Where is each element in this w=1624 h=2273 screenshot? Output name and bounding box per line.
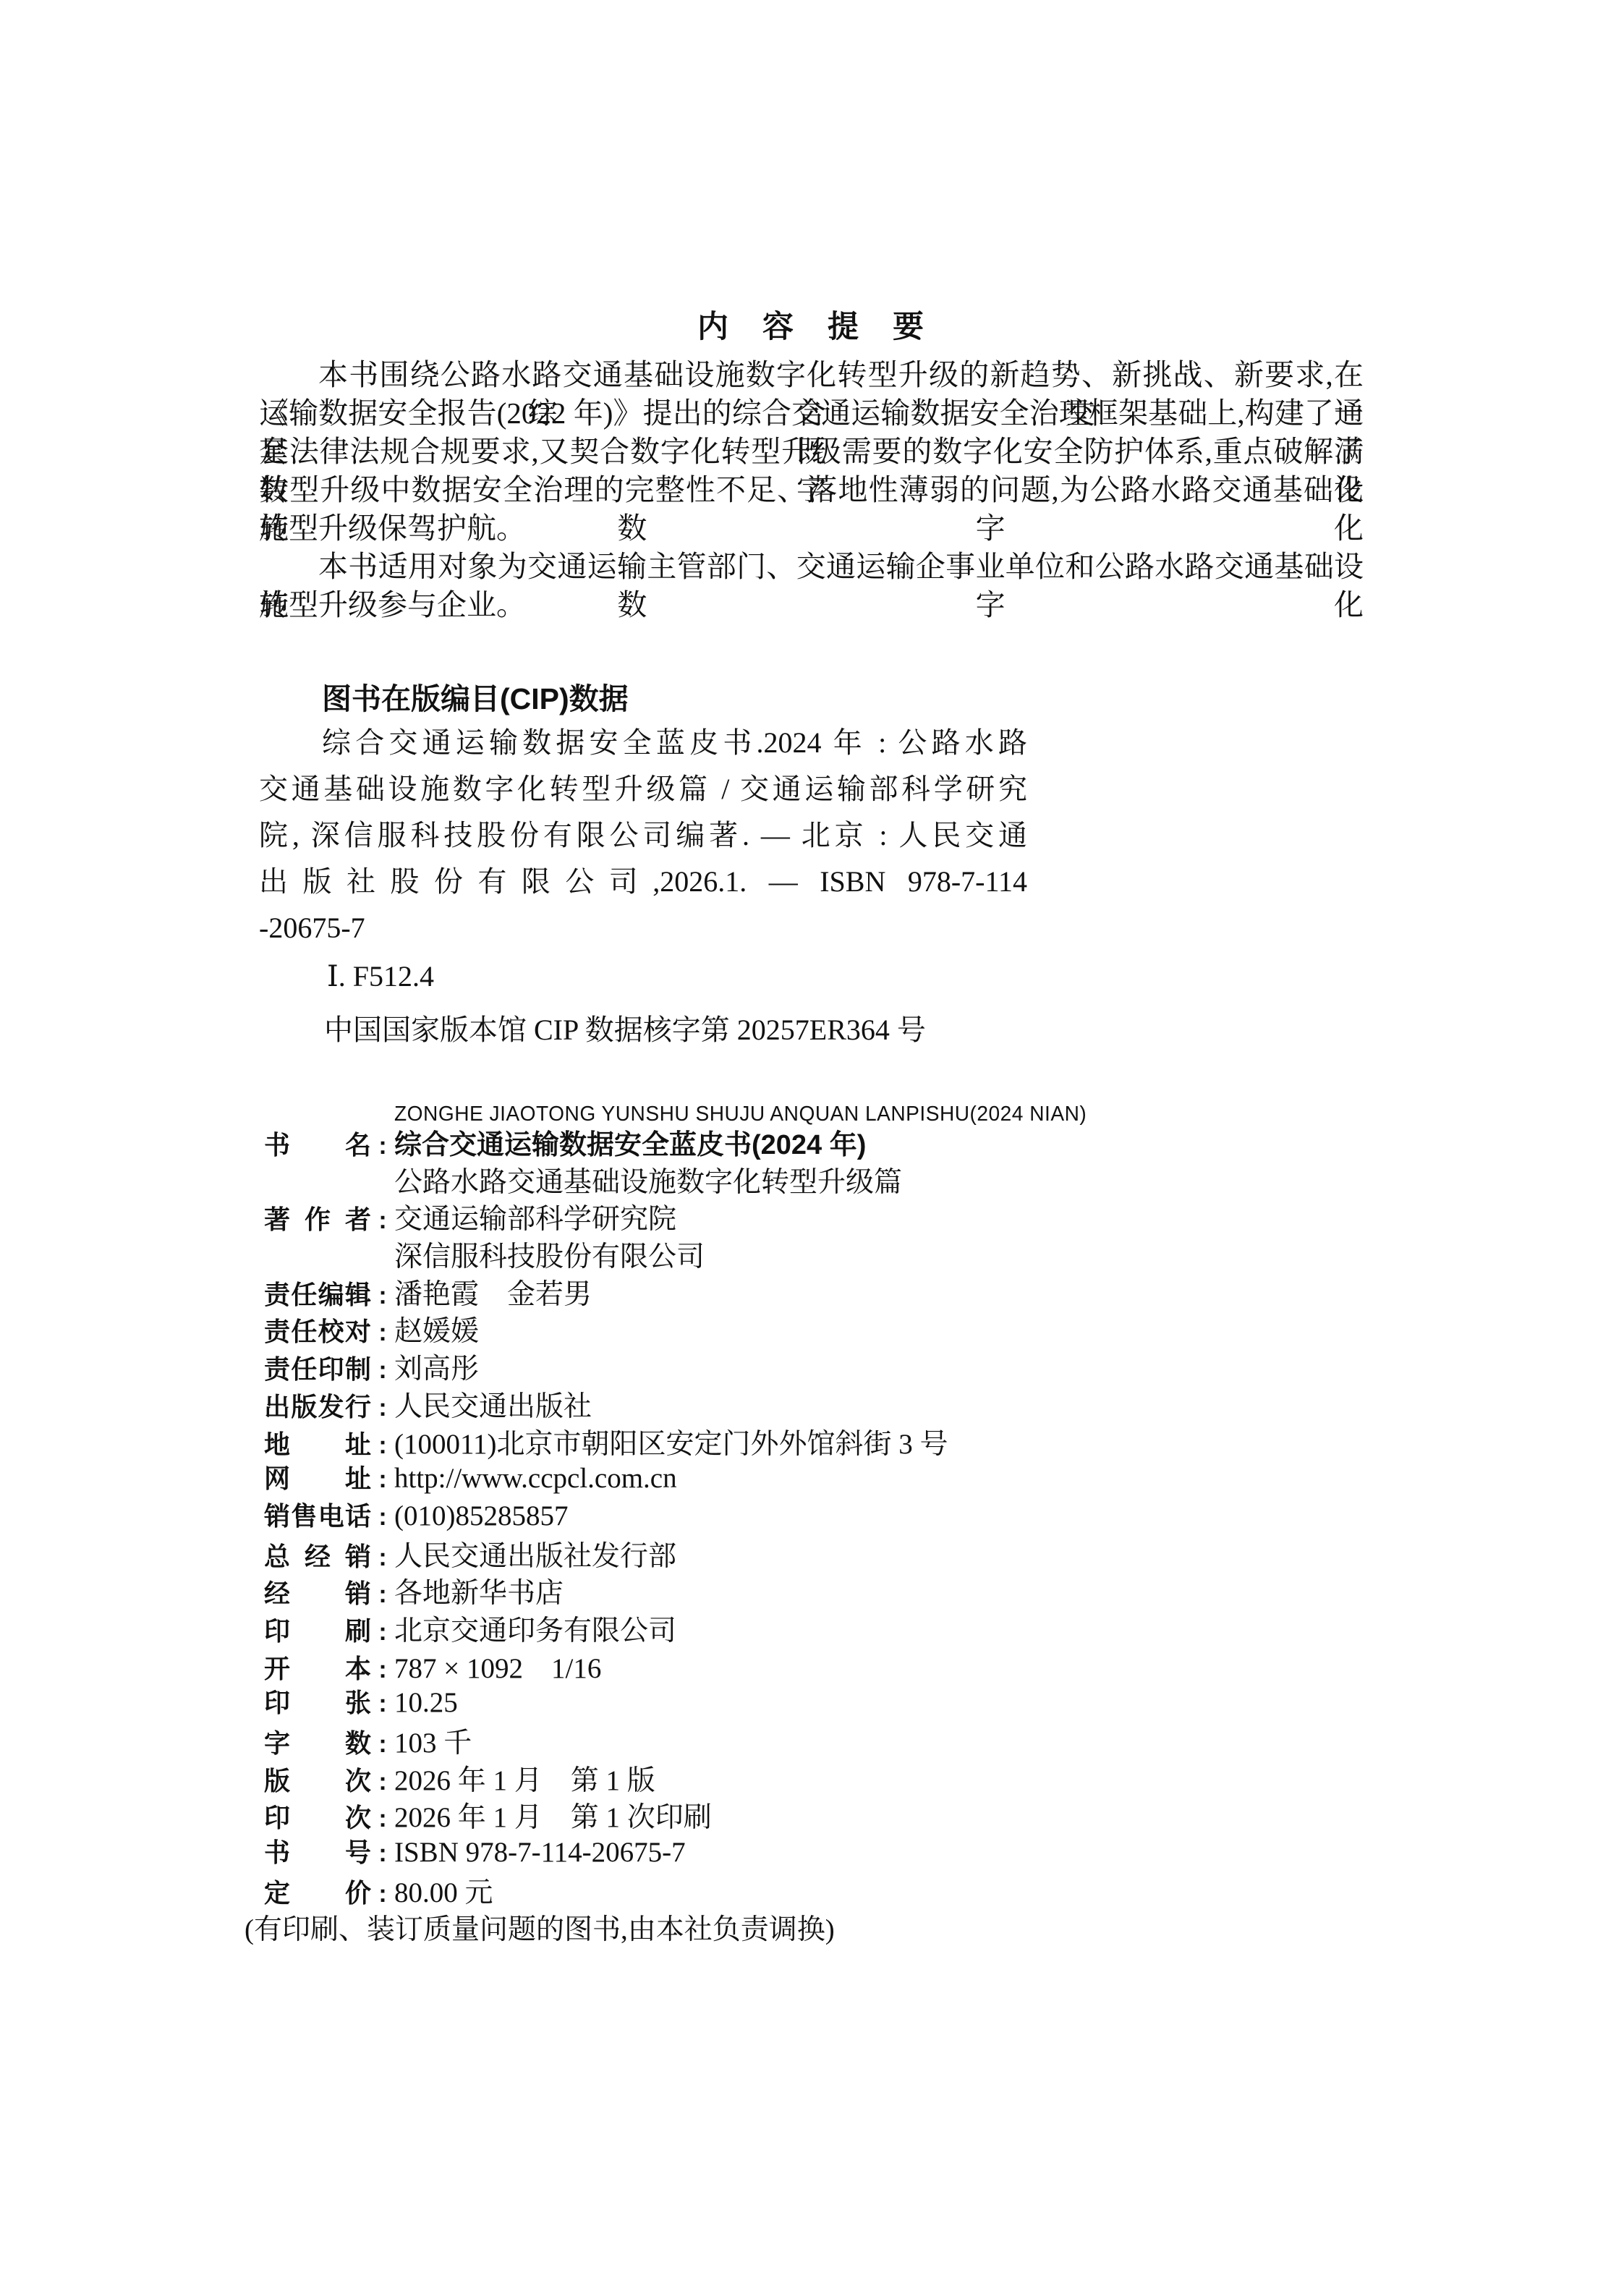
row-label: 版次 [264,1761,371,1798]
colophon-row-sales-phone: 销售电话:(010)85285857 [264,1496,1494,1534]
row-value: 80.00 元 [394,1870,493,1911]
row-value: 10.25 [394,1686,458,1719]
row-colon: : [371,1466,394,1494]
row-label: 地址 [264,1424,371,1461]
row-value: 人民交通出版社发行部 [394,1534,676,1574]
colophon-row-general-distributor: 总经销:人民交通出版社发行部 [264,1534,1494,1571]
summary-line: 运输数据安全报告(2022 年)》提出的综合交通运输数据安全治理框架基础上,构建… [259,394,1364,433]
row-label: 销售电话 [264,1496,371,1533]
colophon-row-website: 网址:http://www.ccpcl.com.cn [264,1458,1494,1496]
colophon-row-print-supervisor: 责任印制:刘高彤 [264,1346,1494,1384]
row-label: 印次 [264,1798,371,1835]
colophon-row-isbn: 书号:ISBN 978-7-114-20675-7 [264,1832,1494,1870]
colophon-row-word-count: 字数:103 千 [264,1720,1494,1758]
row-label: 责任编辑 [264,1275,371,1312]
row-value: 交通运输部科学研究院 [394,1197,676,1237]
colophon-row-format: 开本:787 × 1092 1/16 [264,1646,1494,1683]
cip-line: 综合交通运输数据安全蓝皮书.2024 年 : 公路水路 [259,720,1027,766]
colophon-row-edition: 版次:2026 年 1 月 第 1 版 [264,1758,1494,1796]
cip-line: 出版社股份有限公司,2026.1. — ISBN 978-7-114 [259,859,1027,905]
row-label: 字数 [264,1723,371,1760]
imprint-list: 书名:综合交通运输数据安全蓝皮书(2024 年) 公路水路交通基础设施数字化转型… [264,1122,1494,1945]
row-colon: : [371,1656,394,1684]
cip-line: 院, 深信服科技股份有限公司编著. — 北京 : 人民交通 [259,812,1027,859]
summary-line: 本书围绕公路水路交通基础设施数字化转型升级的新趋势、新挑战、新要求,在《综合交通 [259,356,1364,394]
colophon-row-publisher: 出版发行:人民交通出版社 [264,1384,1494,1422]
row-value: http://www.ccpcl.com.cn [394,1462,677,1495]
row-colon: : [371,1207,394,1235]
row-value: ISBN 978-7-114-20675-7 [394,1836,686,1869]
colophon-row-book-title: 书名:综合交通运输数据安全蓝皮书(2024 年) [264,1122,1494,1160]
row-value: (100011)北京市朝阳区安定门外外馆斜街 3 号 [394,1422,948,1462]
cip-classification: Ⅰ. F512.4 [327,959,434,993]
row-colon: : [371,1618,394,1647]
quality-exchange-note: (有印刷、装订质量问题的图书,由本社负责调换) [245,1907,1494,1945]
summary-line: 本书适用对象为交通运输主管部门、交通运输企事业单位和公路水路交通基础设施数字化 [259,548,1364,586]
row-label: 总经销 [264,1537,371,1573]
row-value: 公路水路交通基础设施数字化转型升级篇 [394,1160,902,1200]
content-summary-title: 内 容 提 要 [259,302,1364,347]
row-label: 书名 [264,1125,371,1162]
row-value: 深信服科技股份有限公司 [394,1234,705,1275]
summary-line: 转型升级中数据安全治理的完整性不足、落地性薄弱的问题,为公路水路交通基础设施数字… [259,471,1364,509]
colophon-row-printer: 印刷:北京交通印务有限公司 [264,1608,1494,1646]
row-value: (010)85285857 [394,1500,568,1532]
copyright-page: { "page": { "background": "#ffffff", "te… [0,0,1624,2273]
row-value: 103 千 [394,1720,472,1761]
colophon-row-proofreader: 责任校对:赵媛媛 [264,1309,1494,1346]
row-label: 责任校对 [264,1312,371,1348]
row-value: 各地新华书店 [394,1571,564,1611]
row-label: 印刷 [264,1611,371,1648]
colophon-row-authors-line2: 深信服科技股份有限公司 [264,1234,1494,1272]
colophon-row-address: 地址:(100011)北京市朝阳区安定门外外馆斜街 3 号 [264,1422,1494,1459]
cip-header: 图书在版编目(CIP)数据 [322,675,629,718]
colophon-row-price: 定价:80.00 元 [264,1870,1494,1908]
row-label: 书号 [264,1832,371,1869]
row-colon: : [371,1730,394,1759]
row-value: 综合交通运输数据安全蓝皮书(2024 年) [394,1122,866,1162]
row-colon: : [371,1356,394,1385]
row-colon: : [371,1768,394,1796]
row-value: 2026 年 1 月 第 1 版 [394,1758,655,1798]
row-value: 赵媛媛 [394,1309,479,1349]
row-value: 2026 年 1 月 第 1 次印刷 [394,1795,712,1835]
row-colon: : [371,1394,394,1422]
row-value: 北京交通印务有限公司 [394,1608,676,1649]
summary-line: 足法律法规合规要求,又契合数字化转型升级需要的数字化安全防护体系,重点破解了数字… [259,433,1364,471]
cip-line: 交通基础设施数字化转型升级篇 / 交通运输部科学研究 [259,766,1027,812]
row-label: 印张 [264,1683,371,1720]
row-colon: : [371,1319,394,1347]
cip-data-block: 综合交通运输数据安全蓝皮书.2024 年 : 公路水路 交通基础设施数字化转型升… [259,720,1027,951]
colophon-row-authors: 著作者:交通运输部科学研究院 [264,1197,1494,1234]
row-value: 潘艳霞 金若男 [394,1272,592,1312]
row-label: 定价 [264,1873,371,1910]
colophon-row-printing: 印次:2026 年 1 月 第 1 次印刷 [264,1795,1494,1832]
row-colon: : [371,1544,394,1572]
row-label: 经销 [264,1573,371,1610]
row-colon: : [371,1432,394,1460]
row-value: 787 × 1092 1/16 [394,1646,601,1686]
cip-record-number: 中国国家版本馆 CIP 数据核字第 20257ER364 号 [324,1007,926,1048]
colophon-row-distributor: 经销:各地新华书店 [264,1571,1494,1608]
row-label: 责任印制 [264,1349,371,1386]
colophon-row-book-title-line2: 公路水路交通基础设施数字化转型升级篇 [264,1160,1494,1197]
row-colon: : [371,1503,394,1531]
cip-line: -20675-7 [259,905,1027,951]
row-value: 人民交通出版社 [394,1384,592,1424]
row-colon: : [371,1282,394,1310]
row-colon: : [371,1840,394,1868]
row-value: 刘高彤 [394,1346,479,1387]
colophon-row-sheets: 印张:10.25 [264,1683,1494,1720]
row-colon: : [371,1805,394,1833]
colophon-row-editor: 责任编辑:潘艳霞 金若男 [264,1272,1494,1309]
row-colon: : [371,1880,394,1908]
row-colon: : [371,1690,394,1718]
row-label: 著作者 [264,1199,371,1236]
content-summary-paragraphs: 本书围绕公路水路交通基础设施数字化转型升级的新趋势、新挑战、新要求,在《综合交通… [259,356,1364,624]
row-label: 开本 [264,1649,371,1686]
row-label: 出版发行 [264,1387,371,1424]
row-colon: : [371,1132,394,1160]
row-colon: : [371,1581,394,1609]
row-label: 网址 [264,1458,371,1495]
